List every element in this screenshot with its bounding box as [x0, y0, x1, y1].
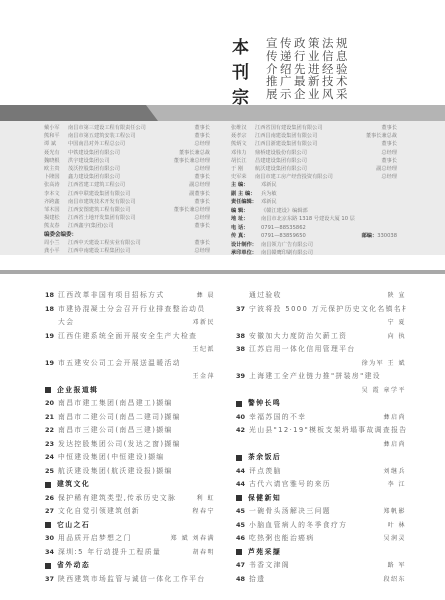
member-company: 昌建建设集团有限公司 — [255, 157, 367, 165]
toc-author: 刘继兵 — [383, 465, 406, 479]
editorial-board: 戴小军南昌市第三建设工程有限责任公司董事长熊和平南昌市第五建筑安装工程公司董事长… — [0, 121, 445, 255]
board-member-row: 熊和平南昌市第五建筑安装工程公司董事长 — [44, 132, 210, 140]
publication-info-row: 电 话：0791—88535862 — [231, 224, 397, 233]
member-title: 董事长 — [180, 124, 210, 132]
board-right-column: 张维汉江西省国有建设集团有限公司董事长聂孝宗江西昌南建设集团有限公司董事长兼总裁… — [231, 124, 397, 258]
section-square-icon — [45, 563, 51, 569]
member-company: 江西省建工建筑工程公司 — [68, 181, 180, 189]
toc-title: 深圳:5 年行动提升工程质量 — [58, 546, 192, 560]
member-company: 茂沃控股集团有限公司 — [68, 165, 180, 173]
toc-author: 宁 夏 — [236, 316, 406, 330]
toc-page-number — [236, 289, 249, 303]
toc-page-number: 39 — [236, 370, 249, 384]
board-member-row: 谭 斌中国南昌对外工程总公司总经理 — [44, 140, 210, 148]
toc-author: 叶 林 — [388, 519, 406, 533]
member-title: 董事长 — [180, 198, 210, 206]
motto-title-char: 本 — [232, 36, 254, 61]
toc-section-heading: 警钟长鸣 — [236, 397, 406, 411]
board-member-row: 熊炳文江西昌浙建设集团有限公司董事长 — [231, 140, 397, 148]
toc-page-number: 26 — [45, 492, 58, 506]
section-title: 省外动态 — [57, 559, 90, 573]
board-member-row: 张维汉江西省国有建设集团有限公司董事长 — [231, 124, 397, 132]
divider-band — [0, 270, 445, 274]
board-member-row: 周小兰江西中天建设工程实业有限公司董事长 — [44, 239, 210, 247]
member-company: 中国南昌对外工程总公司 — [68, 140, 180, 148]
info-label: 主 编： — [231, 181, 261, 190]
toc-title: 航沃建设集团(航沃建设报)撷编 — [58, 465, 215, 479]
board-member-row: 龚小平江西中南建设工程集团公司总经理 — [44, 247, 210, 255]
member-company: 南昌市建工房产经营投资有限公司 — [255, 173, 367, 181]
board-member-heading: 编委会编委： — [44, 231, 210, 239]
member-company: 南昌市第三建设工程有限责任公司 — [68, 124, 180, 132]
section-square-icon — [236, 401, 242, 407]
toc-entry[interactable]: 26保护稀有建筑类型,传承历史文脉利 虹 — [45, 492, 215, 506]
toc-entry[interactable]: 22南昌市三建公司(南昌三建)撷编 — [45, 424, 215, 438]
toc-author: 徐为军 王 斌 — [236, 357, 406, 371]
member-title: 总经理 — [367, 149, 397, 157]
toc-entry[interactable]: 30用品质开启梦想之门郑 斌 刘春满 — [45, 532, 215, 546]
info-value: 南昌市北京东路 1318 号建设大厦 10 层 — [261, 215, 397, 224]
toc-page-number: 23 — [45, 438, 58, 452]
toc-page-number: 48 — [236, 573, 249, 587]
toc-left-column: 18江西改革非国有项目招标方式彝 晨18市建协混凝土分会召开行业排查整治动员大会… — [45, 289, 215, 586]
toc-entry[interactable]: 23发达控股集团公司(发达之窗)撷编 — [45, 438, 215, 452]
publication-info-row: 传 真：0791—83859650邮编：330038 — [231, 232, 397, 241]
board-member-row: 魏晓根洪宇建设集团公司董事长兼总经理 — [44, 157, 210, 165]
toc-title: 光山县"12·19"模板支架坍塌事故调查报告 — [249, 424, 406, 438]
toc-page-number: 38 — [236, 330, 249, 344]
toc-section-heading: 茶余饭后 — [236, 451, 406, 465]
toc-entry[interactable]: 34深圳:5 年行动提升工程质量胡春明 — [45, 546, 215, 560]
member-name: 聂光有 — [44, 149, 68, 157]
publication-info-row: 编 辑：《赣江建设》编辑部 — [231, 207, 397, 216]
toc-page-number: 24 — [45, 451, 58, 465]
toc-entry[interactable]: 42光山县"12·19"模板支架坍塌事故调查报告 — [236, 424, 406, 438]
info-value: 南昌赣鹰印刷有限公司 — [261, 249, 397, 258]
member-company: 江西中联建设集团有限公司 — [68, 190, 180, 198]
toc-author: 吴润灵 — [383, 532, 406, 546]
motto-line: 展示企业风采 — [266, 88, 350, 101]
member-name: 谭 斌 — [44, 140, 68, 148]
toc-title: 幸福苏国的不幸 — [249, 411, 383, 425]
member-title: 董事长 — [180, 239, 210, 247]
toc-title: 保护稀有建筑类型,传承历史文脉 — [58, 492, 197, 506]
toc-author: 陕 宣 — [388, 289, 406, 303]
member-title: 董事长 — [180, 173, 210, 181]
info-label: 电 话： — [231, 224, 261, 233]
board-member-row: 戴小军南昌市第三建设工程有限责任公司董事长 — [44, 124, 210, 132]
info-value: 0791—83859650 — [261, 232, 362, 241]
toc-page-number: 25 — [45, 465, 58, 479]
member-name: 史军荣 — [231, 173, 255, 181]
toc-title: 安徽加大力度防治欠薪工资 — [249, 330, 388, 344]
member-company: 鼎桥建设股份有限公司 — [255, 149, 367, 157]
member-company: 航沃建设集团有限公司 — [255, 165, 367, 173]
postcode-value: 330038 — [377, 233, 397, 239]
toc-page-number: 18 — [45, 289, 58, 303]
toc-page-number: 45 — [236, 519, 249, 533]
member-company: 鑫力建设集团有限公司 — [68, 173, 180, 181]
info-label: 设计制作： — [231, 241, 261, 250]
member-name: 周小兰 — [44, 239, 68, 247]
toc-entry[interactable]: 38安徽加大力度防治欠薪工资向 执 — [236, 330, 406, 344]
board-member-row: 聂光有中铁建设集团有限公司董事长兼总裁 — [44, 149, 210, 157]
toc-entry[interactable]: 38江苏启用一体化信用管理平台 — [236, 343, 406, 357]
toc-section-heading: 它山之石 — [45, 519, 215, 533]
board-member-row: 张高涛江西省建工建筑工程公司副总经理 — [44, 181, 210, 189]
toc-author: 利 虹 — [197, 492, 215, 506]
toc-title: 江苏启用一体化信用管理平台 — [249, 343, 406, 357]
member-name: 于 刚 — [231, 165, 255, 173]
toc-entry[interactable]: 大会邓新民 — [45, 316, 215, 330]
toc-author: 程春宁 — [192, 505, 215, 519]
member-title: 董事长 — [367, 124, 397, 132]
toc-entry[interactable]: 40幸福苏国的不幸彝启尚 — [236, 411, 406, 425]
toc-author: 彝启尚 — [383, 411, 406, 425]
toc-page-number — [45, 316, 58, 330]
toc-title: 一碗骨头汤解决三问题 — [249, 505, 383, 519]
member-name: 戴小军 — [44, 124, 68, 132]
toc-title: 市五建安公司工会开展送温暖活动 — [58, 357, 215, 371]
toc-page-number: 37 — [45, 573, 58, 587]
toc-page-number: 42 — [236, 424, 249, 438]
section-title: 芦苑采撷 — [248, 546, 281, 560]
info-value: 南昌领力广告有限公司 — [261, 241, 397, 250]
toc-page-number: 19 — [45, 330, 58, 344]
toc-page-number: 44 — [236, 465, 249, 479]
toc-page-number: 40 — [236, 411, 249, 425]
member-title: 总经理 — [180, 247, 210, 255]
info-value: 兵为敏 — [261, 190, 397, 199]
member-name: 聂孝宗 — [231, 132, 255, 140]
toc-author: 段绍东 — [383, 573, 406, 587]
member-company: 中铁建设集团有限公司 — [68, 149, 179, 157]
toc-page-number: 21 — [45, 411, 58, 425]
toc-page-number: 20 — [45, 397, 58, 411]
member-company: 江西鑫宇(集团)公司 — [68, 222, 180, 230]
member-name: 卜隆国 — [44, 173, 68, 181]
member-title: 董事长兼总裁 — [179, 149, 210, 157]
member-name: 李本文 — [44, 190, 68, 198]
toc-page-number: 45 — [236, 505, 249, 519]
toc-entry[interactable]: 18江西改革非国有项目招标方式彝 晨 — [45, 289, 215, 303]
board-member-row: 揭建松江西省土地开发集团有限公司总经理 — [44, 214, 210, 222]
member-name: 欧主贵 — [44, 165, 68, 173]
toc-title: 宁波将投 5000 万元保护历史文化名镇名村 — [249, 303, 406, 317]
toc-author: 王金萍 — [45, 370, 215, 384]
toc-entry[interactable]: 44古代六请官雅号的来历李 江 — [236, 478, 406, 492]
publication-info-row: 设计制作：南昌领力广告有限公司 — [231, 241, 397, 250]
member-name: 邹木国 — [44, 206, 68, 214]
board-member-row: 李本文江西中联建设集团有限公司副董事长 — [44, 190, 210, 198]
toc-entry[interactable]: 44评点羡脑刘继兵 — [236, 465, 406, 479]
toc-page-number: 46 — [236, 532, 249, 546]
toc-entry[interactable]: 18市建协混凝土分会召开行业排查整治动员 — [45, 303, 215, 317]
toc-title: 江西住建系统全面开展安全生产大检查 — [58, 330, 215, 344]
section-title: 警钟长鸣 — [248, 397, 281, 411]
postcode: 邮编：330038 — [362, 232, 397, 241]
info-value: 0791—88535862 — [261, 224, 397, 233]
toc-title: 通过验收 — [249, 289, 388, 303]
member-company: 江西昌浙建设集团有限公司 — [255, 140, 367, 148]
member-name: 揭建松 — [44, 214, 68, 222]
toc-title: 古代六请官雅号的来历 — [249, 478, 388, 492]
toc-page-number: 44 — [236, 478, 249, 492]
toc-title: 上海建工全产业链力推"拼装房"建设 — [249, 370, 406, 384]
toc-author: 郑 斌 刘春满 — [171, 532, 215, 546]
member-name: 熊友春 — [44, 222, 68, 230]
toc-entry[interactable]: 21南昌市二建公司(南昌二建司)撷编 — [45, 411, 215, 425]
member-title: 董事长 — [180, 132, 210, 140]
info-value: 邓新民 — [261, 198, 397, 207]
toc-title: 大会 — [58, 316, 192, 330]
member-company: 江西昌南建设集团有限公司 — [255, 132, 366, 140]
toc-title: 中恒建设集团(中恒建设)撷编 — [58, 451, 215, 465]
toc-title: 书香文津阁 — [249, 559, 388, 573]
toc-author: 路 军 — [388, 559, 406, 573]
toc-author: 向 执 — [388, 330, 406, 344]
toc-author: 彝启尚 — [236, 438, 406, 452]
toc-section-heading: 保健新知 — [236, 492, 406, 506]
motto-line: 宣传政策法规 — [266, 37, 350, 50]
member-title: 董事长 — [180, 222, 210, 230]
section-title: 企业报道辑 — [57, 384, 98, 398]
member-company: 江西省国有建设集团有限公司 — [255, 124, 367, 132]
info-label: 地 址： — [231, 215, 261, 224]
info-value: 邓新民 — [261, 181, 397, 190]
toc-page-number: 38 — [236, 343, 249, 357]
board-member-row: 于 刚航沃建设集团有限公司副总经理 — [231, 165, 397, 173]
info-label: 责任编辑： — [231, 198, 261, 207]
toc-title: 陕西建筑市场监管与诚信一体化工作平台 — [58, 573, 215, 587]
toc-entry[interactable]: 20南昌市建工集团(南昌建工)撷编 — [45, 397, 215, 411]
postcode-label: 邮编： — [362, 233, 378, 239]
toc-author: 邓新民 — [192, 316, 215, 330]
board-member-row: 邓伟力鼎桥建设股份有限公司总经理 — [231, 149, 397, 157]
member-company: 江西省土地开发集团有限公司 — [68, 214, 180, 222]
member-title: 总经理 — [180, 165, 210, 173]
toc-entry[interactable]: 19江西住建系统全面开展安全生产大检查 — [45, 330, 215, 344]
toc-right-column: 通过验收陕 宣37宁波将投 5000 万元保护历史文化名镇名村宁 夏38安徽加大… — [236, 289, 406, 586]
toc-page-number: 30 — [45, 532, 58, 546]
toc-page-number: 22 — [45, 424, 58, 438]
toc-section-heading: 省外动态 — [45, 559, 215, 573]
toc-author: 李 江 — [388, 478, 406, 492]
member-title: 副董事长 — [180, 190, 210, 198]
toc-page-number: 37 — [236, 303, 249, 317]
toc-section-heading: 企业报道辑 — [45, 384, 215, 398]
section-title: 保健新知 — [248, 492, 281, 506]
header-band-accent — [0, 105, 158, 121]
toc-title: 拾遗 — [249, 573, 383, 587]
toc-author: 彝 晨 — [197, 289, 215, 303]
member-name: 张高涛 — [44, 181, 68, 189]
toc-page-number: 34 — [45, 546, 58, 560]
toc-author: 胡春明 — [192, 546, 215, 560]
board-member-row: 邹木国江西安图建筑工程有限公司董事长兼总经理 — [44, 206, 210, 214]
member-name: 胡长江 — [231, 157, 255, 165]
publication-info-row: 副 主 编：兵为敏 — [231, 190, 397, 199]
info-label: 承印单位： — [231, 249, 261, 258]
member-name: 张维汉 — [231, 124, 255, 132]
toc-title: 发达控股集团公司(发达之窗)撷编 — [58, 438, 215, 452]
board-member-row: 熊友春江西鑫宇(集团)公司董事长 — [44, 222, 210, 230]
toc-entry[interactable]: 27文化自觉引领建筑创新程春宁 — [45, 505, 215, 519]
toc-author: 郑帆影 — [383, 505, 406, 519]
toc-title: 吃热粥也能治癌病 — [249, 532, 383, 546]
info-label: 传 真： — [231, 232, 261, 241]
toc-title: 用品质开启梦想之门 — [58, 532, 171, 546]
toc-title: 江西改革非国有项目招标方式 — [58, 289, 197, 303]
member-company: 南昌市第五建筑安装工程公司 — [68, 132, 180, 140]
toc-entry[interactable]: 24中恒建设集团(中恒建设)撷编 — [45, 451, 215, 465]
info-label: 副 主 编： — [231, 190, 261, 199]
publication-info-row: 承印单位：南昌赣鹰印刷有限公司 — [231, 249, 397, 258]
toc-entry[interactable]: 25航沃建设集团(航沃建设报)撷编 — [45, 465, 215, 479]
toc-entry[interactable]: 45一碗骨头汤解决三问题郑帆影 — [236, 505, 406, 519]
section-square-icon — [45, 387, 51, 393]
toc-title: 南昌市二建公司(南昌二建司)撷编 — [58, 411, 215, 425]
section-title: 它山之石 — [57, 519, 90, 533]
section-square-icon — [236, 549, 242, 555]
toc-title: 小脑血管病人的冬季食疗方 — [249, 519, 388, 533]
toc-page-number: 18 — [45, 303, 58, 317]
board-left-column: 戴小军南昌市第三建设工程有限责任公司董事长熊和平南昌市第五建筑安装工程公司董事长… — [44, 124, 210, 255]
toc-title: 南昌市三建公司(南昌三建)撷编 — [58, 424, 215, 438]
publication-info-row: 主 编：邓新民 — [231, 181, 397, 190]
member-name: 熊炳文 — [231, 140, 255, 148]
member-name: 齐跨鑫 — [44, 198, 68, 206]
toc-page-number: 19 — [45, 357, 58, 371]
section-square-icon — [45, 482, 51, 488]
toc-author: 吴 霞 章学平 — [236, 384, 406, 398]
toc-entry[interactable]: 48拾遗段绍东 — [236, 573, 406, 587]
board-member-row: 卜隆国鑫力建设集团有限公司董事长 — [44, 173, 210, 181]
toc-entry[interactable]: 37陕西建筑市场监管与诚信一体化工作平台 — [45, 573, 215, 587]
member-name: 熊和平 — [44, 132, 68, 140]
toc-author: 王纪派 — [45, 343, 215, 357]
board-member-row: 史军荣南昌市建工房产经营投资有限公司总经理 — [231, 173, 397, 181]
member-title: 董事长兼总经理 — [174, 206, 210, 214]
section-square-icon — [236, 495, 242, 501]
motto-title-char: 刊 — [232, 61, 254, 86]
toc-entry[interactable]: 37宁波将投 5000 万元保护历史文化名镇名村 — [236, 303, 406, 317]
member-title: 总经理 — [180, 140, 210, 148]
toc-section-heading: 建筑文化 — [45, 478, 215, 492]
board-member-row: 齐跨鑫南昌市建筑技术开发有限公司董事长 — [44, 198, 210, 206]
member-name: 龚小平 — [44, 247, 68, 255]
member-company: 南昌市建筑技术开发有限公司 — [68, 198, 180, 206]
board-member-row: 聂孝宗江西昌南建设集团有限公司董事长兼总裁 — [231, 132, 397, 140]
member-title: 董事长 — [367, 140, 397, 148]
member-title: 总经理 — [367, 173, 397, 181]
motto-line: 传递行业信息 — [266, 50, 350, 63]
member-title: 总经理 — [180, 214, 210, 222]
board-member-row: 胡长江昌建建设集团有限公司董事长 — [231, 157, 397, 165]
publication-info-row: 责任编辑：邓新民 — [231, 198, 397, 207]
section-title: 建筑文化 — [57, 478, 90, 492]
publication-info-row: 地 址：南昌市北京东路 1318 号建设大厦 10 层 — [231, 215, 397, 224]
board-member-row: 欧主贵茂沃控股集团有限公司总经理 — [44, 165, 210, 173]
toc-title: 评点羡脑 — [249, 465, 383, 479]
toc-page-number: 27 — [45, 505, 58, 519]
member-title: 董事长 — [367, 157, 397, 165]
toc-entry[interactable]: 45小脑血管病人的冬季食疗方叶 林 — [236, 519, 406, 533]
section-square-icon — [45, 522, 51, 528]
member-name: 邓伟力 — [231, 149, 255, 157]
toc-title: 市建协混凝土分会召开行业排查整治动员 — [58, 303, 215, 317]
info-label: 编 辑： — [231, 207, 261, 216]
member-company: 江西中天建设工程实业有限公司 — [68, 239, 180, 247]
section-square-icon — [236, 455, 242, 461]
toc-entry[interactable]: 47书香文津阁路 军 — [236, 559, 406, 573]
toc-entry[interactable]: 19市五建安公司工会开展送温暖活动 — [45, 357, 215, 371]
member-title: 董事长兼总经理 — [174, 157, 210, 165]
toc-title: 南昌市建工集团(南昌建工)撷编 — [58, 397, 215, 411]
toc-title: 文化自觉引领建筑创新 — [58, 505, 192, 519]
member-title: 副总经理 — [180, 181, 210, 189]
info-value: 《赣江建设》编辑部 — [261, 207, 397, 216]
toc-entry[interactable]: 通过验收陕 宣 — [236, 289, 406, 303]
member-title: 副总经理 — [367, 165, 397, 173]
toc-entry[interactable]: 39上海建工全产业链力推"拼装房"建设 — [236, 370, 406, 384]
member-name: 魏晓根 — [44, 157, 68, 165]
toc-page-number: 47 — [236, 559, 249, 573]
member-company: 洪宇建设集团公司 — [68, 157, 174, 165]
section-title: 茶余饭后 — [248, 451, 281, 465]
toc-section-heading: 芦苑采撷 — [236, 546, 406, 560]
member-title: 董事长兼总裁 — [366, 132, 397, 140]
member-company: 江西安图建筑工程有限公司 — [68, 206, 174, 214]
toc-entry[interactable]: 46吃热粥也能治癌病吴润灵 — [236, 532, 406, 546]
member-company: 江西中南建设工程集团公司 — [68, 247, 180, 255]
